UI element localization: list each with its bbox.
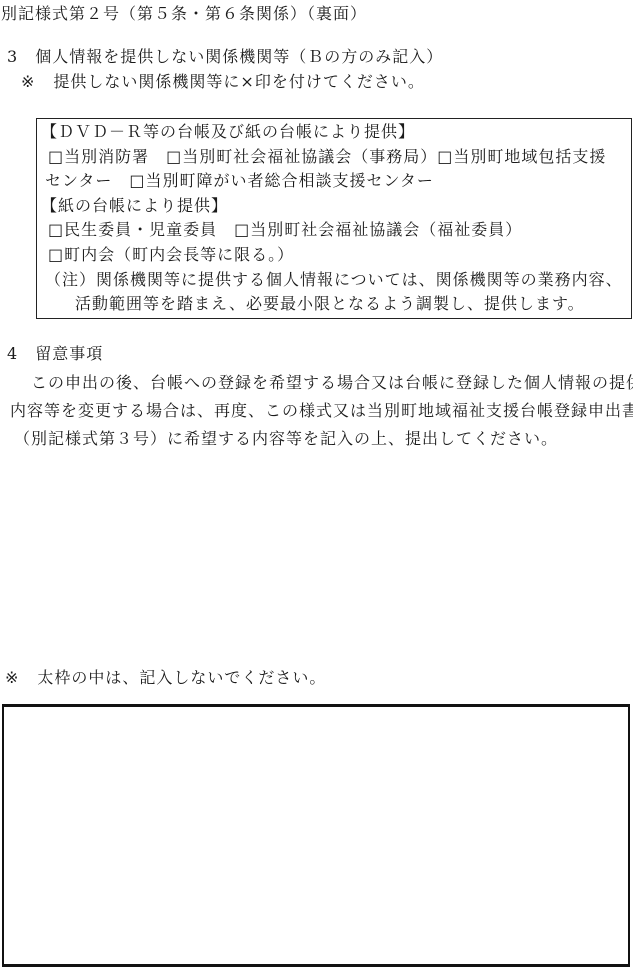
footer-note-text: 太枠の中は、記入しないでください。 [37,668,326,687]
paper-ledger-header: 【紙の台帳により提供】 [41,194,627,219]
checkbox-icon: □ [234,220,250,239]
checkbox-icon: □ [48,220,64,239]
checkbox-icon: □ [48,147,64,166]
form-id-line: 別記様式第２号（第５条・第６条関係）（裏面） [1,4,367,24]
section3-title: 個人情報を提供しない関係機関等（Ｂの方のみ記入） [35,47,443,66]
reference-mark: ※ [5,668,19,688]
document-page: 別記様式第２号（第５条・第６条関係）（裏面） 3個人情報を提供しない関係機関等（… [0,0,633,972]
dvd-ledger-header: 【ＤＶＤ－Ｒ等の台帳及び紙の台帳により提供】 [41,120,627,145]
section4-title: 留意事項 [35,344,103,363]
dvd-items-line-1: □当別消防署 □当別町社会福祉協議会（事務局）□当別町地域包括支援 [41,145,627,170]
org-label-shakyo-jimukyoku: 当別町社会福祉協議会（事務局） [182,147,437,166]
item-gap [112,171,129,190]
box-note-line-2: 活動範囲等を踏まえ、必要最小限となるよう調製し、提供します。 [41,292,627,317]
official-use-frame [2,704,630,967]
org-label-chiiki-houkatsu-part1: 当別町地域包括支援 [453,147,606,166]
section4-body-line-2: 内容等を変更する場合は、再度、この様式又は当別町地域福祉支援台帳登録申出書 [10,401,633,421]
section4-heading: 4留意事項 [7,344,103,364]
item-gap [217,220,234,239]
org-label-chounaikai: 町内会（町内会長等に限る。） [64,245,294,264]
section4-body-line-3: （別記様式第３号）に希望する内容等を記入の上、提出してください。 [14,429,558,449]
checkbox-icon: □ [437,147,453,166]
box-note-line-1: （注）関係機関等に提供する個人情報については、関係機関等の業務内容、 [41,268,627,293]
section4-body-line-1: この申出の後、台帳への登録を希望する場合又は台帳に登録した個人情報の提供 [31,373,633,393]
section3-note: ※提供しない関係機関等に×印を付けてください。 [21,72,425,92]
provide-exclusion-box: 【ＤＶＤ－Ｒ等の台帳及び紙の台帳により提供】 □当別消防署 □当別町社会福祉協議… [36,118,632,319]
dvd-items-line-2: センター □当別町障がい者総合相談支援センター [41,169,627,194]
org-label-minsei-iin: 民生委員・児童委員 [64,220,217,239]
checkbox-icon: □ [129,171,145,190]
org-label-shakyo-fukushi-iin: 当別町社会福祉協議会（福祉委員） [250,220,522,239]
paper-items-line-2: □町内会（町内会長等に限る。） [41,243,627,268]
section3-note-text: 提供しない関係機関等に×印を付けてください。 [53,72,424,91]
org-label-fire-station: 当別消防署 [64,147,149,166]
item-gap [149,147,166,166]
paper-items-line-1: □民生委員・児童委員 □当別町社会福祉協議会（福祉委員） [41,218,627,243]
section3-number: 3 [7,47,18,67]
section3-heading: 3個人情報を提供しない関係機関等（Ｂの方のみ記入） [7,47,443,67]
org-label-chiiki-houkatsu-part2: センター [45,171,112,190]
reference-mark: ※ [21,72,35,92]
footer-note: ※太枠の中は、記入しないでください。 [5,668,326,688]
checkbox-icon: □ [48,245,64,264]
section4-number: 4 [7,344,18,364]
checkbox-icon: □ [166,147,182,166]
org-label-shougai-sougou-soudan: 当別町障がい者総合相談支援センター [146,171,434,190]
